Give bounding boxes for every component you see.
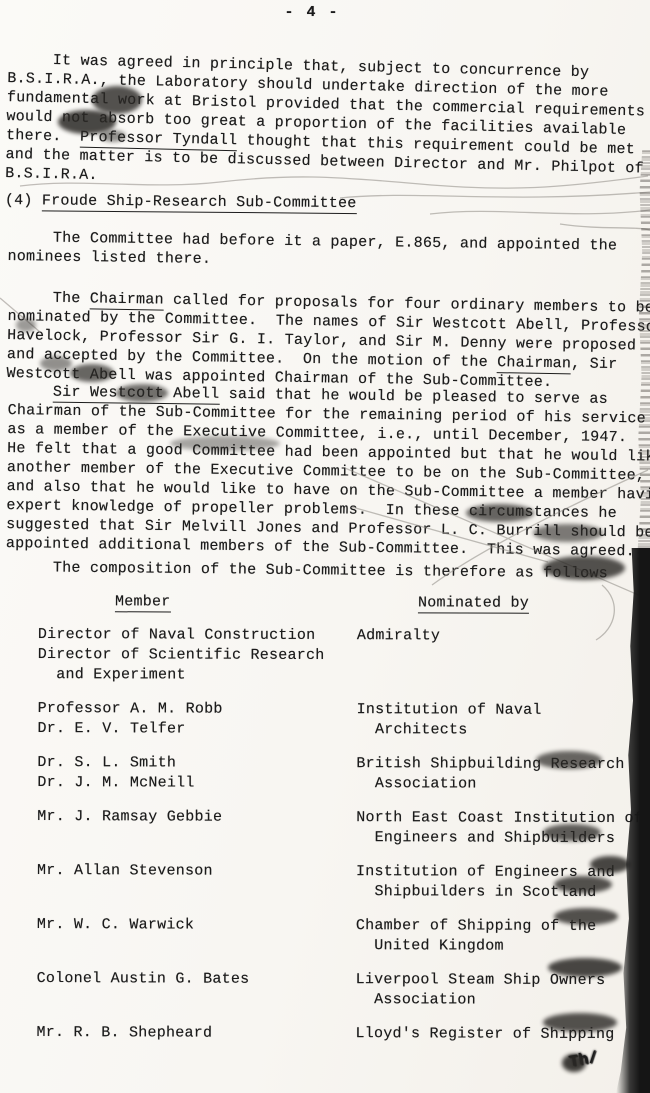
nominated-by-cell: Chamber of Shipping of the United Kingdo…: [356, 916, 597, 957]
scan-smudge: [170, 436, 280, 451]
member-cell: Professor A. M. Robb Dr. E. V. Telfer: [37, 699, 356, 740]
member-cell: Dr. S. L. Smith Dr. J. M. McNeill: [37, 753, 356, 794]
column-header-member: Member: [38, 592, 357, 613]
scan-smudge: [543, 556, 625, 580]
scan-smudge: [116, 384, 168, 402]
underlined-text: Chairman: [497, 354, 571, 374]
scan-smudge: [40, 356, 72, 371]
scan-smudge: [92, 86, 142, 114]
nominated-by-cell: Liverpool Steam Ship Owners Association: [356, 970, 606, 1011]
table-header-row: Member Nominated by: [38, 592, 644, 614]
section-heading: (4) Froude Ship-Research Sub-Committee: [5, 192, 357, 212]
text-line: The composition of the Sub-Committee is …: [8, 558, 608, 583]
paragraph-paper: The Committee had before it a paper, E.8…: [7, 228, 617, 275]
underlined-text: Froude Ship-Research Sub-Committee: [42, 192, 357, 214]
member-cell: Mr. Allan Stevenson: [37, 861, 356, 902]
scan-smudge: [543, 1013, 617, 1032]
scan-smudge: [100, 130, 126, 142]
nominated-by-cell: North East Coast Institution of Engineer…: [356, 808, 643, 849]
member-cell: Director of Naval Construction Director …: [38, 625, 357, 686]
scan-smudge: [554, 908, 618, 925]
column-header-nominated-by: Nominated by: [357, 593, 529, 614]
scan-smudge: [70, 364, 114, 382]
paragraph-composition: The composition of the Sub-Committee is …: [8, 558, 608, 583]
member-cell: Colonel Austin G. Bates: [37, 969, 356, 1010]
table-row: Mr. Allan StevensonInstitution of Engine…: [37, 861, 643, 903]
member-cell: Mr. W. C. Warwick: [37, 915, 356, 956]
scan-smudge: [554, 876, 612, 893]
table-row: Mr. W. C. WarwickChamber of Shipping of …: [37, 915, 643, 957]
table-row: Colonel Austin G. BatesLiverpool Steam S…: [37, 969, 643, 1011]
scan-smudge: [548, 958, 622, 977]
page-number: - 4 -: [0, 4, 624, 21]
scan-smudge: [543, 824, 601, 841]
scan-smudge: [562, 1054, 586, 1072]
scanned-document-page: - 4 - It was agreed in principle that, s…: [0, 0, 650, 1093]
member-cell: Mr. R. B. Shepheard: [36, 1023, 355, 1044]
table-row: Director of Naval Construction Director …: [38, 625, 644, 687]
table-row: Professor A. M. Robb Dr. E. V. TelferIns…: [37, 699, 643, 741]
nominated-by-cell: Institution of Naval Architects: [356, 700, 541, 741]
scan-smudge: [16, 318, 36, 332]
scan-smudge: [466, 504, 534, 522]
scan-smudge: [590, 856, 630, 873]
member-cell: Mr. J. Ramsay Gebbie: [37, 807, 356, 848]
scan-smudge: [536, 751, 602, 769]
scan-smudge: [533, 524, 603, 542]
nominated-by-cell: Admiralty: [357, 626, 440, 686]
